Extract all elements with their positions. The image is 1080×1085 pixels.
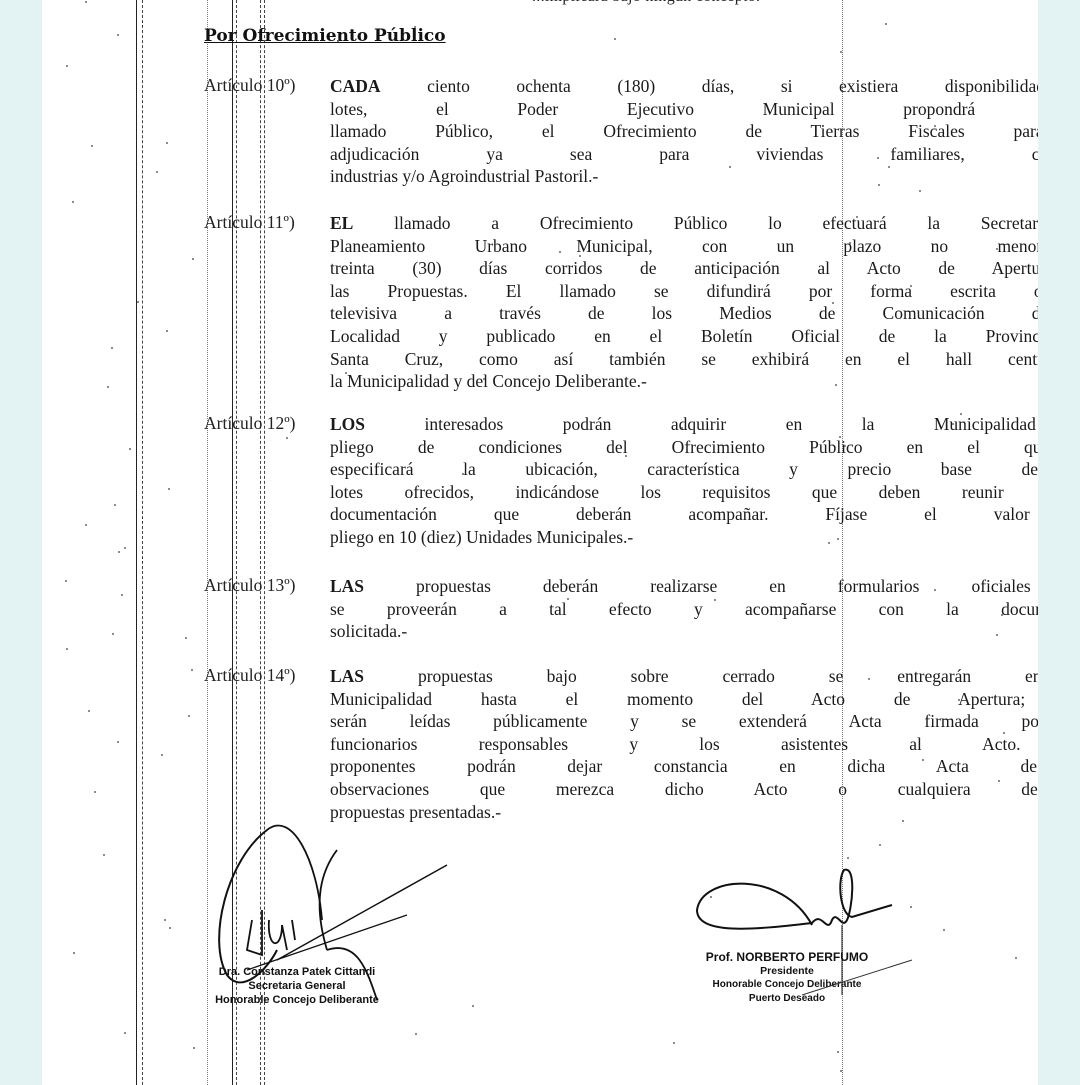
margin-line bbox=[136, 0, 137, 1085]
scan-speck bbox=[114, 504, 116, 506]
scan-speck bbox=[849, 242, 851, 244]
scan-speck bbox=[888, 166, 890, 168]
article-line: funcionarios responsables y los asistent… bbox=[330, 733, 1038, 756]
scan-speck bbox=[472, 1005, 474, 1007]
scan-speck bbox=[193, 1047, 195, 1049]
scan-speck bbox=[919, 190, 921, 192]
scan-speck bbox=[559, 251, 561, 253]
scan-speck bbox=[164, 919, 166, 921]
scan-speck bbox=[91, 145, 93, 147]
scan-speck bbox=[85, 524, 87, 526]
article-lead-word: LAS bbox=[330, 576, 364, 596]
article-line: televisiva a través de los Medios de Com… bbox=[330, 302, 1038, 325]
article-line: Santa Cruz, como así también se exhibirá… bbox=[330, 348, 1038, 371]
scan-speck bbox=[168, 488, 170, 490]
scan-speck bbox=[65, 580, 67, 582]
scan-speck bbox=[94, 791, 96, 793]
article-line: Localidad y publicado en el Boletín Ofic… bbox=[330, 325, 1038, 348]
scan-speck bbox=[943, 929, 945, 931]
scan-speck bbox=[625, 455, 627, 457]
article-lead-word: LAS bbox=[330, 666, 364, 686]
article-line: lotes, el Poder Ejecutivo Municipal prop… bbox=[330, 98, 1038, 121]
article-line: propuestas bajo sobre cerrado se entrega… bbox=[418, 666, 1038, 686]
scan-speck bbox=[415, 1033, 417, 1035]
article-lead-word: LOS bbox=[330, 414, 365, 434]
article-line: documentación que deberán acompañar. Fíj… bbox=[330, 503, 1038, 526]
scan-speck bbox=[835, 384, 837, 386]
article-line: observaciones que merezca dicho Acto o c… bbox=[330, 778, 1038, 801]
article-line: la Municipalidad y del Concejo Deliberan… bbox=[330, 370, 1038, 393]
scan-speck bbox=[1015, 957, 1017, 959]
scan-speck bbox=[922, 759, 924, 761]
scan-speck bbox=[124, 547, 126, 549]
article-line: industrias y/o Agroindustrial Pastoril.- bbox=[330, 165, 1038, 188]
scan-speck bbox=[710, 896, 712, 898]
article-body: LAS propuestas deberán realizarse en for… bbox=[330, 575, 1038, 643]
scan-speck bbox=[614, 38, 616, 40]
article-label: Artículo 11º) bbox=[204, 212, 295, 233]
article-line: pliego de condiciones del Ofrecimiento P… bbox=[330, 436, 1038, 459]
article-body: CADA ciento ochenta (180) días, si exist… bbox=[330, 75, 1038, 188]
article-lead-word: CADA bbox=[330, 76, 381, 96]
scan-speck bbox=[156, 171, 158, 173]
article-label: Artículo 12º) bbox=[204, 413, 295, 434]
scan-speck bbox=[103, 854, 105, 856]
article-line: se proveerán a tal efecto y acompañarse … bbox=[330, 598, 1038, 621]
article-line: las Propuestas. El llamado se difundirá … bbox=[330, 280, 1038, 303]
scan-speck bbox=[169, 927, 171, 929]
scan-speck bbox=[847, 857, 849, 859]
article-lead-word: EL bbox=[330, 213, 353, 233]
signatory-org: Honorable Concejo Deliberante bbox=[212, 993, 382, 1007]
signatory-name: Dra. Constanza Patek Cittandi bbox=[212, 965, 382, 979]
scan-speck bbox=[111, 347, 113, 349]
scan-speck bbox=[877, 157, 879, 159]
article-line: pliego en 10 (diez) Unidades Municipales… bbox=[330, 526, 1038, 549]
scan-speck bbox=[191, 669, 193, 671]
article-line: Municipalidad hasta el momento del Acto … bbox=[330, 688, 1038, 711]
scan-speck bbox=[107, 386, 109, 388]
article-body: LOS interesados podrán adquirir en la Mu… bbox=[330, 413, 1038, 549]
scan-speck bbox=[112, 633, 114, 635]
scan-speck bbox=[885, 23, 887, 25]
article-line: treinta (30) días corridos de anticipaci… bbox=[330, 257, 1038, 280]
scan-speck bbox=[934, 589, 936, 591]
article-line: proponentes podrán dejar constancia en d… bbox=[330, 755, 1038, 778]
article-line: Planeamiento Urbano Municipal, con un pl… bbox=[330, 235, 1038, 258]
scan-speck bbox=[286, 437, 288, 439]
scan-speck bbox=[188, 715, 190, 717]
scan-speck bbox=[137, 301, 139, 303]
scan-speck bbox=[121, 594, 123, 596]
scan-speck bbox=[192, 258, 194, 260]
scan-speck bbox=[117, 34, 119, 36]
article-label: Artículo 10º) bbox=[204, 75, 295, 96]
scan-speck bbox=[117, 741, 119, 743]
article-line: propuestas deberán realizarse en formula… bbox=[416, 576, 1038, 596]
scan-speck bbox=[124, 1032, 126, 1034]
article-line: llamado Público, el Ofrecimiento de Tier… bbox=[330, 120, 1038, 143]
scan-speck bbox=[673, 1042, 675, 1044]
scan-speck bbox=[958, 699, 960, 701]
signature-stroke-right bbox=[802, 955, 922, 1005]
article-line: interesados podrán adquirir en la Munici… bbox=[425, 414, 1038, 434]
scan-speck bbox=[66, 648, 68, 650]
article-line: adjudicación ya sea para viviendas famil… bbox=[330, 143, 1038, 166]
scan-speck bbox=[579, 255, 581, 257]
scan-speck bbox=[840, 1070, 842, 1072]
scan-speck bbox=[85, 1, 87, 3]
article-body: EL llamado a Ofrecimiento Público lo efe… bbox=[330, 212, 1038, 393]
signatory-title: Secretaria General bbox=[212, 979, 382, 993]
scan-speck bbox=[66, 65, 68, 67]
scan-speck bbox=[837, 1051, 839, 1053]
scan-speck bbox=[879, 844, 881, 846]
scan-speck bbox=[72, 201, 74, 203]
scan-speck bbox=[567, 598, 569, 600]
article-label: Artículo 13º) bbox=[204, 575, 295, 596]
scan-speck bbox=[129, 448, 131, 450]
scan-speck bbox=[185, 637, 187, 639]
article-label: Artículo 14º) bbox=[204, 665, 295, 686]
scan-speck bbox=[118, 551, 120, 553]
article-line: serán leídas públicamente y se extenderá… bbox=[330, 710, 1038, 733]
scan-speck bbox=[934, 125, 936, 127]
signature-block-left: Dra. Constanza Patek Cittandi Secretaria… bbox=[212, 965, 382, 1007]
article-line: lotes ofrecidos, indicándose los requisi… bbox=[330, 481, 1038, 504]
scan-speck bbox=[161, 754, 163, 756]
scan-speck bbox=[166, 330, 168, 332]
scan-speck bbox=[166, 142, 168, 144]
scan-speck bbox=[73, 952, 75, 954]
article-line: solicitada.- bbox=[330, 620, 1038, 643]
scan-speck bbox=[856, 216, 858, 218]
section-heading: Por Ofrecimiento Público bbox=[204, 26, 446, 46]
margin-dash-line bbox=[142, 0, 143, 1085]
scan-speck bbox=[1001, 614, 1003, 616]
article-line: ciento ochenta (180) días, si existiera … bbox=[427, 76, 1038, 96]
article-line: especificará la ubicación, característic… bbox=[330, 458, 1038, 481]
cutoff-previous-line: ...implicará bajo ningún concepto. bbox=[532, 0, 760, 6]
article-line: llamado a Ofrecimiento Público lo efectu… bbox=[394, 213, 1038, 233]
document-page: ...implicará bajo ningún concepto. Por O… bbox=[42, 0, 1038, 1085]
scan-speck bbox=[345, 372, 347, 374]
scan-speck bbox=[910, 906, 912, 908]
scan-speck bbox=[88, 710, 90, 712]
